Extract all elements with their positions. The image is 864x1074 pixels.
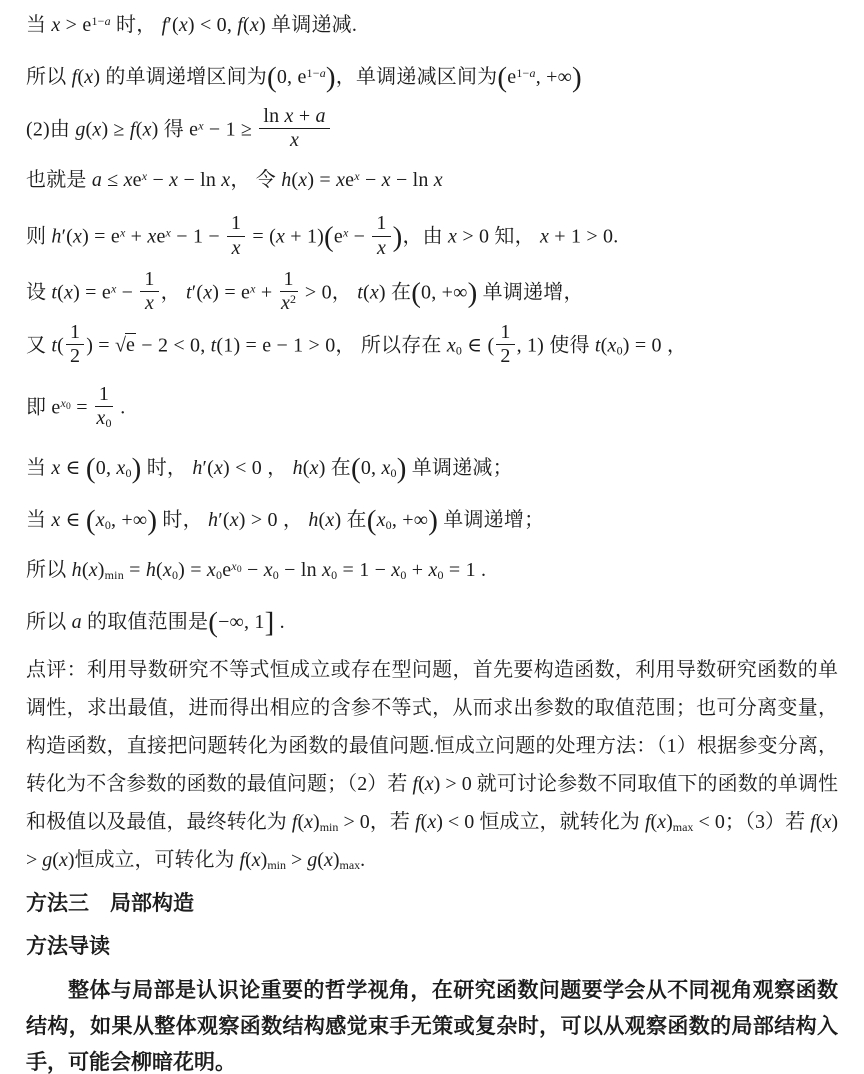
formula-line-monotonic-intervals: 所以 f(x) 的单调递增区间为(0, e1−a)，单调递减区间为(e1−a, … [26,64,838,90]
formula-line-h-derivative: 则 h′(x) = ex + xex − 1 − 1x = (x + 1)(ex… [26,215,838,260]
formula-line-define-t: 设 t(x) = ex − 1x， t′(x) = ex + 1x2 > 0， … [26,271,838,316]
formula-line-range-of-a: 所以 a 的取值范围是(−∞, 1] . [26,609,838,635]
method-intro-paragraph: 整体与局部是认识论重要的哲学视角，在研究函数问题要学会从不同视角观察函数结构，如… [26,973,838,1074]
formula-line-h-increasing: 当 x ∈ (x0, +∞) 时， h′(x) > 0 ， h(x) 在(x0,… [26,507,838,533]
section-heading-method-three: 方法三 局部构造 [26,891,838,916]
review-comment-paragraph: 点评：利用导数研究不等式恒成立或存在型问题，首先要构造函数，利用导数研究函数的单… [26,651,838,879]
formula-line-define-h: 也就是 a ≤ xex − x − ln x， 令 h(x) = xex − x… [26,167,838,193]
formula-line-monotonic-decrease: 当 x > e1−a 时， f′(x) < 0, f(x) 单调递减. [26,12,838,38]
document-page: 当 x > e1−a 时， f′(x) < 0, f(x) 单调递减. 所以 f… [0,0,864,1074]
formula-line-h-minimum: 所以 h(x)min = h(x0) = x0ex0 − x0 − ln x0 … [26,557,838,583]
formula-line-e-x0-relation: 即 ex0 = 1x0 . [26,386,838,431]
section-heading-method-guide: 方法导读 [26,934,838,959]
formula-line-zero-existence: 又 t(12) = √e − 2 < 0, t(1) = e − 1 > 0， … [26,324,838,369]
formula-line-h-decreasing: 当 x ∈ (0, x0) 时， h′(x) < 0 ， h(x) 在(0, x… [26,455,838,481]
formula-line-part2-inequality: (2)由 g(x) ≥ f(x) 得 ex − 1 ≥ ln x + ax [26,108,838,153]
